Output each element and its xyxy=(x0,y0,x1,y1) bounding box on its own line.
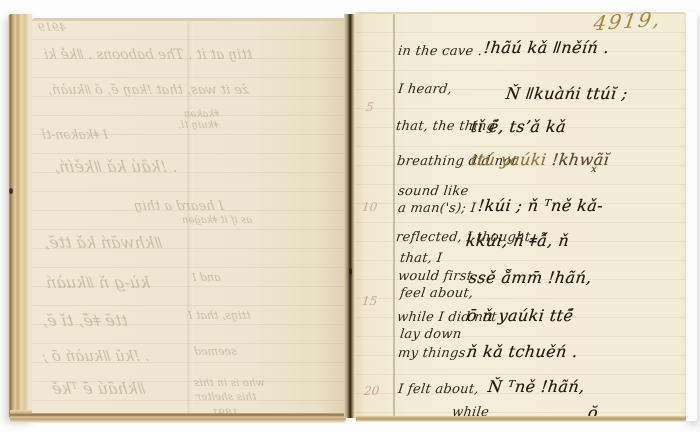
gutter xyxy=(344,14,356,418)
margin-rule xyxy=(393,14,395,419)
xam-line: ttú yaúki !khwãĭx xyxy=(470,150,600,169)
bleedthrough-line: . !kǔ ǁkuàń ō ; xyxy=(41,347,151,365)
xam-line: !kúi ; ň ᵀně kǎ- xyxy=(477,196,604,215)
xam-line: !hãú kǎ ǁněíń . xyxy=(483,38,611,57)
margin-line-number-20: 20 xyxy=(363,384,380,398)
english-line: sound like xyxy=(397,184,469,199)
xam-line: Ň ᵀně !hãń, xyxy=(487,377,586,396)
english-line: I felt about, xyxy=(397,382,480,397)
bleedthrough-line: ttiŋs, that I xyxy=(187,309,251,322)
english-line: in the cave . xyxy=(397,44,483,59)
bleedthrough-line: že it was, that !kaŋ ē, ŏ ǁkuàń, xyxy=(47,83,250,98)
page-edges-right xyxy=(686,12,697,421)
xam-line: ssě ẵmm̄ !hãń, xyxy=(468,268,593,287)
bleedthrough-line: I ǂkakǝn-tǐ xyxy=(41,127,109,142)
bleedthrough-line: ǂkuiŋ tǐ, xyxy=(177,120,219,131)
margin-line-number-5: 5 xyxy=(365,100,374,114)
bleedthrough-line: kù-g ň ǁkuàń xyxy=(45,273,151,292)
english-line: would first xyxy=(397,269,473,284)
edge-speck xyxy=(9,188,13,194)
margin-line-number-10: 10 xyxy=(361,200,378,214)
xam-line: Ň ǁkuàńi ttúĭ ; xyxy=(505,84,629,103)
margin-line-number-15: 15 xyxy=(361,294,378,308)
bleedthrough-line: . !kãú kǎ ǁkěíń, xyxy=(53,157,178,176)
page-number: 4919, xyxy=(592,7,664,36)
gutter-speck xyxy=(349,268,352,275)
bleedthrough-line: ǁkhãú ē ᵀkě xyxy=(51,379,147,398)
bleedthrough-line: who is in this xyxy=(193,377,265,389)
english-subline: that, I xyxy=(399,251,443,266)
english-line: I heard, xyxy=(397,82,453,97)
bleedthrough-line: this shelter xyxy=(195,391,257,403)
bleedthrough-line: 4919 xyxy=(37,21,67,34)
bleedthrough-line: ǁkhwãń kǎ ttẽ, xyxy=(43,233,164,252)
page-edges-bottom-right xyxy=(356,416,686,422)
english-subline: lay down xyxy=(399,327,462,342)
bleedthrough-line: seemed xyxy=(193,345,237,358)
bleedthrough-line: 1891 xyxy=(211,407,239,419)
left-page: 4919 ttiŋ at it . The baboons . ǁkě ki ž… xyxy=(32,18,346,413)
page-edges-left xyxy=(8,14,32,418)
photo-background: 4919 ttiŋ at it . The baboons . ǁkě ki ž… xyxy=(0,0,700,432)
bleedthrough-line: ǂkakǝn xyxy=(183,109,219,120)
xam-faded-words: ttú yaúki xyxy=(470,150,548,169)
xam-line: tǐ ẽ́, tsʼǎ kǎ xyxy=(470,117,567,136)
xam-line: ō ň yaúki ttẽ́ xyxy=(466,306,575,325)
xam-subscript-x: x xyxy=(590,164,597,175)
bleedthrough-line: ttiŋ at it . The baboons . ǁkě ki xyxy=(43,47,253,63)
english-line: my things. xyxy=(397,346,471,361)
xam-dark-words: !khwãĭ xyxy=(551,150,611,169)
english-line: a man('s); I xyxy=(397,201,477,216)
bleedthrough-line: I heard a thiŋ xyxy=(133,199,225,214)
notebook: 4919 ttiŋ at it . The baboons . ǁkě ki ž… xyxy=(8,10,697,424)
english-subline: feel about, xyxy=(399,286,474,301)
xam-line: ň kǎ tchuěń . xyxy=(466,342,579,361)
bleedthrough-line: as if it ǂkaḡǝn xyxy=(181,215,252,226)
bleedthrough-line: ttẽ ǂẽ́, tǐ ẽ, xyxy=(41,311,129,330)
right-page: 4919, 5 10 15 20 in the cave . !hãú kǎ ǁ… xyxy=(356,12,686,419)
bleedthrough-line: and I xyxy=(191,271,221,284)
xam-line: kkúi, ň ǂẫ́, ň xyxy=(465,231,571,250)
